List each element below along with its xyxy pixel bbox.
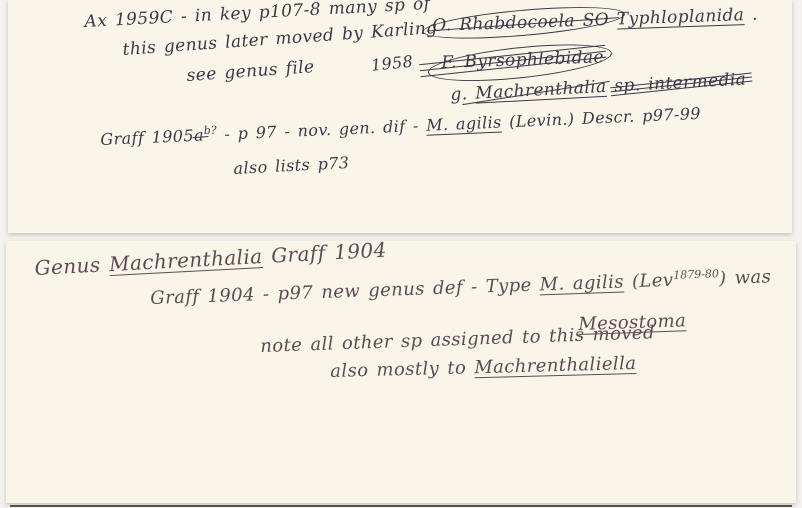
- definition-paren: (Lev: [632, 270, 674, 294]
- note-also-text: also mostly to: [330, 357, 467, 383]
- graff-b-superscript: b?: [203, 124, 217, 138]
- scan-edge-line: [10, 505, 792, 507]
- definition-close: ) was: [719, 266, 772, 290]
- definition-year-superscript: 1879-80: [673, 267, 719, 282]
- note-genus-name: Machrenthaliella: [474, 353, 637, 380]
- order-kept: Typhloplanida: [617, 5, 745, 31]
- graff-species: M. agilis: [426, 112, 502, 135]
- order-period: .: [752, 5, 759, 26]
- graff-ref: Graff 1905: [100, 126, 194, 150]
- scanned-index-cards-page: Ax 1959C - in key p107-8 many sp of this…: [0, 0, 802, 508]
- genus-label: Genus: [34, 253, 101, 281]
- definition-species: M. agilis: [539, 271, 624, 296]
- graff-a-crossed-out: a: [194, 125, 205, 145]
